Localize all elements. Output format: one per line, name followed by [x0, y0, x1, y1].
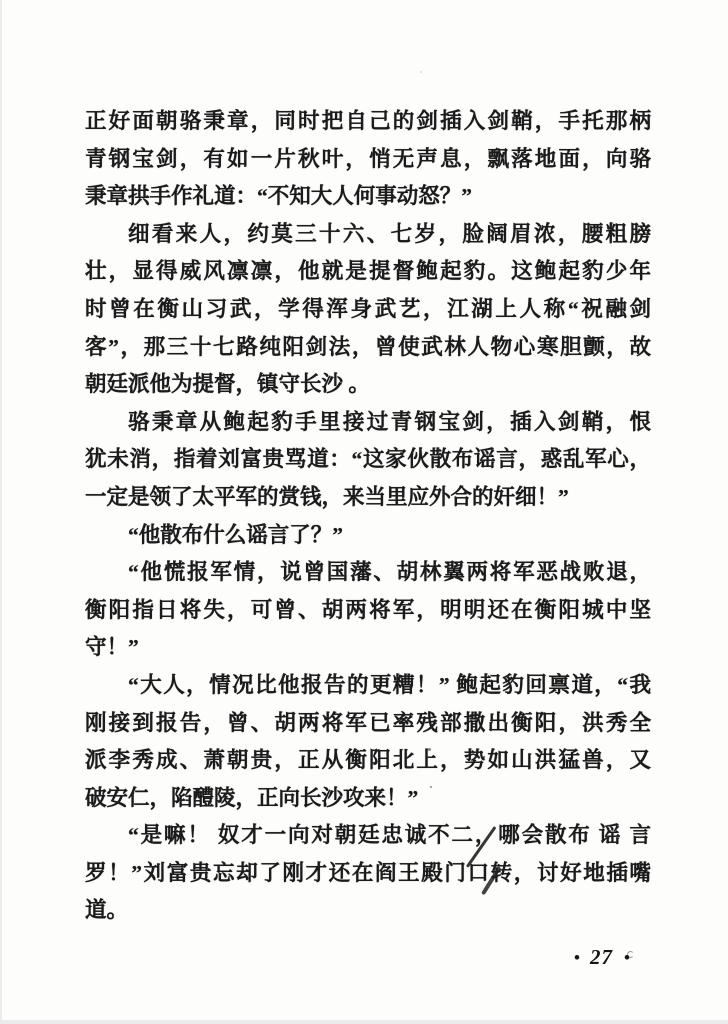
text-line: “大人，情况比他报告的更糟！” 鲍起豹回禀道，“我 [85, 667, 651, 705]
text-line: 犹未消，指着刘富贵骂道：“这家伙散布谣言，惑乱军心， [85, 441, 651, 479]
text-line: 正好面朝骆秉章，同时把自己的剑插入剑鞘，手托那柄 [85, 103, 651, 141]
text-line: “是嘛！ 奴才一向对朝廷忠诚不二，哪会散布 谣 言 [85, 817, 651, 855]
text-line: “他散布什么谣言了？” [85, 517, 651, 555]
scan-edge-left [0, 0, 2, 1024]
scan-speck [430, 786, 432, 788]
text-line: 客”，那三十七路纯阳剑法，曾使武林人物心寒胆颤，故 [85, 329, 651, 367]
text-line: 罗！”刘富贵忘却了刚才还在阎王殿门口转，讨好地插嘴 [85, 855, 651, 893]
text-line: 衡阳指日将失，可曾、胡两将军，明明还在衡阳城中坚 [85, 592, 651, 630]
text-line: 派李秀成、萧朝贵，正从衡阳北上，势如山洪猛兽，又 [85, 742, 651, 780]
text-line: 骆秉章从鲍起豹手里接过青钢宝剑，插入剑鞘，恨 [85, 404, 651, 442]
text-line: 守！” [85, 629, 651, 667]
text-line: “他慌报军情，说曾国藩、胡林翼两将军恶战败退， [85, 554, 651, 592]
text-line: 细看来人，约莫三十六、七岁，脸阔眉浓，腰粗膀 [85, 216, 651, 254]
text-line: 朝廷派他为提督，镇守长沙 。 [85, 366, 651, 404]
page-number: • 27 • [574, 947, 630, 968]
text-line: 时曾在衡山习武，学得浑身武艺，江湖上人称“祝融剑 [85, 291, 651, 329]
page-text: 正好面朝骆秉章，同时把自己的剑插入剑鞘，手托那柄 青钢宝剑，有如一片秋叶，悄无声… [85, 103, 651, 930]
text-line: 一定是领了太平军的赏钱，来当里应外合的奸细！” [85, 479, 651, 517]
scan-speck [420, 71, 422, 73]
text-line: 秉章拱手作礼道：“不知大人何事动怒？” [85, 178, 651, 216]
page-number-bullet-right: • [624, 949, 630, 966]
text-line: 道。 [85, 892, 651, 930]
text-line: 青钢宝剑，有如一片秋叶，悄无声息，飘落地面，向骆 [85, 141, 651, 179]
text-line: 壮，显得威风凛凛，他就是提督鲍起豹。这鲍起豹少年 [85, 253, 651, 291]
text-line: 刚接到报告，曾、胡两将军已率残部撒出衡阳，洪秀全 [85, 705, 651, 743]
page-number-bullet-left: • [574, 949, 580, 966]
scan-edge-bottom [0, 1020, 728, 1024]
page-number-value: 27 [590, 947, 613, 968]
scan-speck [428, 748, 431, 751]
text-line: 破安仁，陷醴陵，正向长沙攻来！” [85, 780, 651, 818]
book-page: 正好面朝骆秉章，同时把自己的剑插入剑鞘，手托那柄 青钢宝剑，有如一片秋叶，悄无声… [0, 0, 728, 1024]
